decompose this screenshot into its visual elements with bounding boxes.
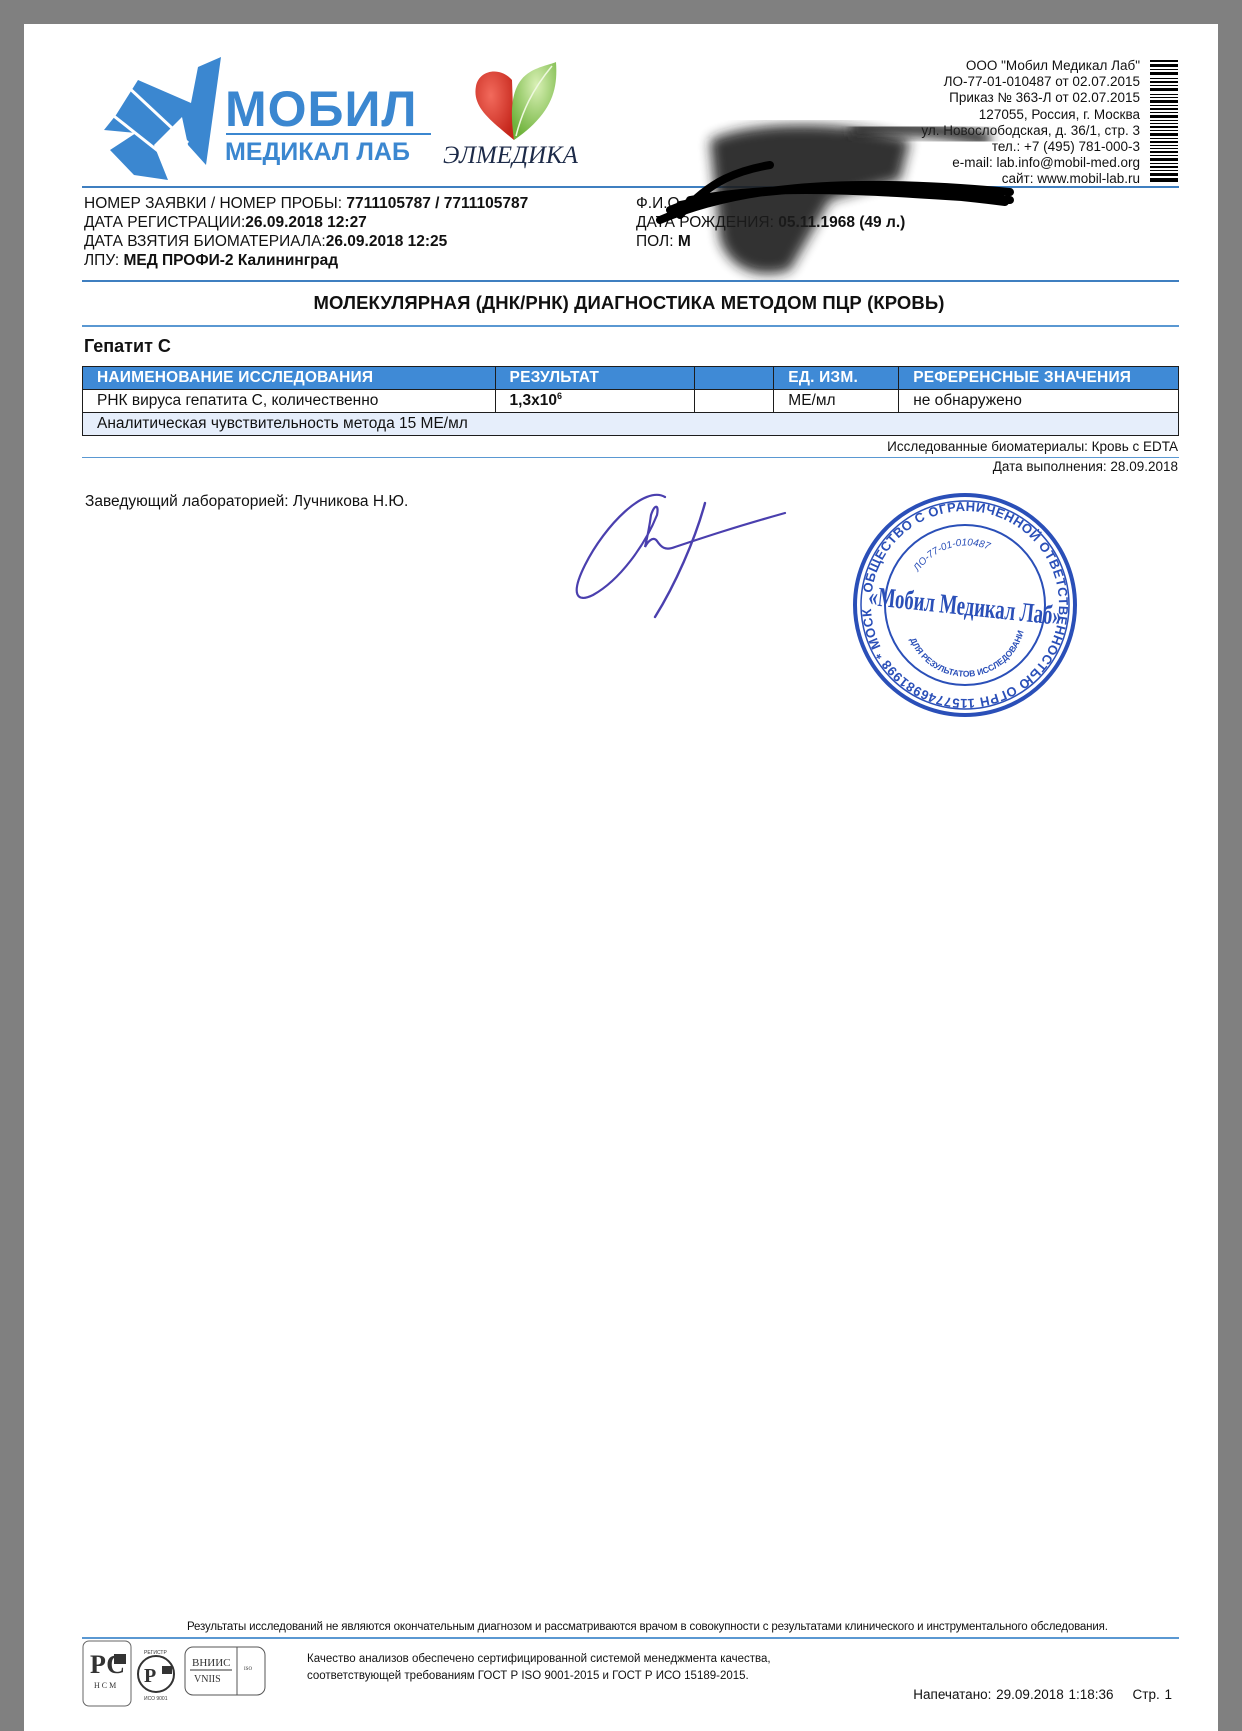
heart-leaf-icon	[470, 62, 560, 142]
signature-image	[565, 485, 795, 630]
lab-head-signer: Заведующий лабораторией: Лучникова Н.Ю.	[85, 493, 408, 511]
header-test-name: НАИМЕНОВАНИЕ ИССЛЕДОВАНИЯ	[83, 367, 496, 390]
group-title: Гепатит С	[84, 336, 171, 357]
svg-text:Р: Р	[144, 1665, 156, 1687]
header-result: РЕЗУЛЬТАТ	[495, 367, 695, 390]
header-flag	[695, 367, 774, 390]
redaction-scribble	[650, 120, 1020, 280]
rst-iso9001-logo-icon: Р РЕГИСТР ИСО 9001	[138, 1650, 174, 1702]
order-number: 7711105787 / 7711105787	[346, 195, 528, 212]
result-exponent: 6	[557, 391, 562, 401]
company-license: ЛО-77-01-010487 от 02.07.2015	[921, 74, 1140, 90]
svg-text:ISO: ISO	[244, 1667, 252, 1672]
completion-date: Дата выполнения: 28.09.2018	[993, 459, 1178, 474]
header-reference: РЕФЕРЕНСНЫЕ ЗНАЧЕНИЯ	[899, 367, 1179, 390]
printed-timestamp: Напечатано: 29.09.2018 1:18:36	[913, 1687, 1113, 1702]
sampling-date: 26.09.2018 12:25	[326, 233, 448, 250]
barcode-icon	[1150, 60, 1178, 182]
company-name: ООО "Мобил Медикал Лаб"	[921, 58, 1140, 74]
footer-disclaimer: Результаты исследований не являются окон…	[187, 1621, 1108, 1633]
method-sensitivity-note: Аналитическая чувствительность метода 15…	[83, 413, 1179, 436]
svg-text:VNIIS: VNIIS	[194, 1674, 221, 1685]
lab-stamp: ОБЩЕСТВО С ОГРАНИЧЕННОЙ ОТВЕТСТВЕННОСТЬЮ…	[852, 490, 1078, 720]
biomaterial-divider	[82, 457, 1179, 458]
svg-text:Н С М: Н С М	[94, 1681, 116, 1690]
table-row: РНК вируса гепатита С, количественно 1,3…	[83, 390, 1179, 413]
vniis-logo-icon: ВНИИС VNIIS ISO	[185, 1647, 265, 1695]
test-name: РНК вируса гепатита С, количественно	[83, 390, 496, 413]
table-note-row: Аналитическая чувствительность метода 15…	[83, 413, 1179, 436]
order-info: НОМЕР ЗАЯВКИ / НОМЕР ПРОБЫ: 7711105787 /…	[84, 194, 528, 270]
test-reference: не обнаружено	[899, 390, 1179, 413]
svg-text:РЕГИСТР: РЕГИСТР	[144, 1650, 167, 1656]
test-unit: МЕ/мл	[774, 390, 899, 413]
footer-divider	[82, 1637, 1179, 1639]
rst-ncm-logo-icon: РС Н С М	[83, 1641, 131, 1706]
test-flag	[695, 390, 774, 413]
svg-text:«Мобил Медикал Лаб»: «Мобил Медикал Лаб»	[867, 582, 1063, 633]
results-table: НАИМЕНОВАНИЕ ИССЛЕДОВАНИЯ РЕЗУЛЬТАТ ЕД. …	[82, 366, 1179, 436]
svg-text:ВНИИС: ВНИИС	[192, 1657, 231, 1669]
lpu-name: МЕД ПРОФИ-2 Калининград	[123, 252, 338, 269]
print-info: Напечатано: 29.09.2018 1:18:36 Стр. 1	[913, 1687, 1172, 1702]
section-title: МОЛЕКУЛЯРНАЯ (ДНК/РНК) ДИАГНОСТИКА МЕТОД…	[82, 292, 1176, 314]
table-header-row: НАИМЕНОВАНИЕ ИССЛЕДОВАНИЯ РЕЗУЛЬТАТ ЕД. …	[83, 367, 1179, 390]
section-divider	[82, 325, 1179, 327]
svg-text:ЛО-77-01-010487: ЛО-77-01-010487	[911, 537, 992, 574]
quality-statement: Качество анализов обеспечено сертифициро…	[307, 1651, 771, 1685]
svg-text:ИСО 9001: ИСО 9001	[144, 1696, 168, 1702]
test-result: 1,3x106	[495, 390, 695, 413]
logo-subbrand: МЕДИКАЛ ЛАБ	[225, 138, 410, 167]
meta-divider	[82, 280, 1179, 282]
biomaterial-info: Исследованные биоматериалы: Кровь с EDTA	[887, 439, 1178, 454]
logo-brand: МОБИЛ	[225, 80, 418, 138]
page-number: Стр. 1	[1133, 1687, 1172, 1702]
certification-logos: РС Н С М Р РЕГИСТР ИСО 9001 ВНИИС VNIIS …	[82, 1640, 282, 1710]
mobil-logo-mark-icon	[96, 55, 228, 180]
company-order: Приказ № 363-Л от 02.07.2015	[921, 90, 1140, 106]
registration-date: 26.09.2018 12:27	[245, 214, 367, 231]
logo-divider	[226, 133, 431, 135]
header-unit: ЕД. ИЗМ.	[774, 367, 899, 390]
logo-partner: ЭЛМЕДИКА	[443, 142, 578, 170]
